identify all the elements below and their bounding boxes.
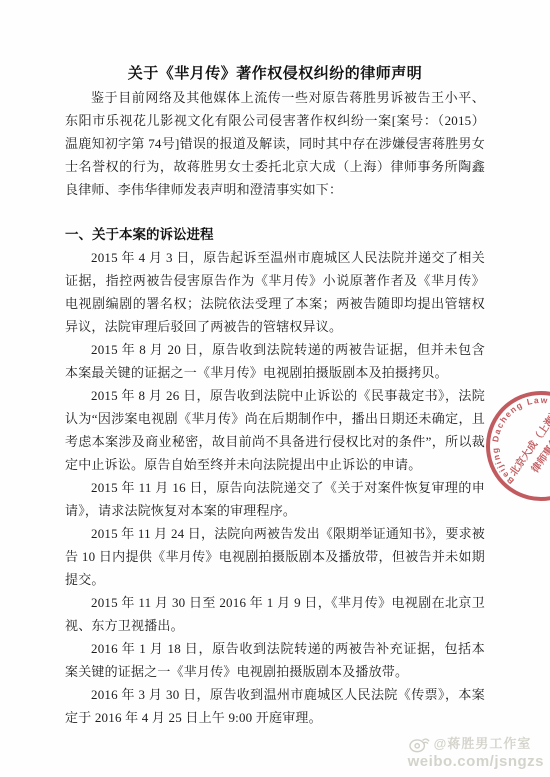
seal-ring-text: Beijing Dacheng Law Offices	[479, 384, 550, 500]
law-firm-seal: Beijing Dacheng Law Offices 北京大成（上海） 律师事…	[479, 384, 550, 524]
document-page: 关于《芈月传》著作权侵权纠纷的律师声明 鉴于目前网络及其他媒体上流传一些对原告蒋…	[0, 0, 550, 777]
weibo-logo-icon	[408, 735, 430, 753]
seal-ring	[479, 384, 550, 520]
paragraph: 2015 年 8 月 26 日，原告收到法院中止诉讼的《民事裁定书》，法院认为“…	[65, 384, 485, 476]
paragraph: 2015 年 8 月 20 日，原告收到法院转递的两被告证据，但并未包含本案最关…	[65, 338, 485, 384]
weibo-handle: @蒋胜男工作室	[434, 735, 532, 753]
paragraph: 2015 年 11 月 16 日，原告向法院递交了《关于对案件恢复审理的申请》，…	[65, 476, 485, 522]
weibo-url: weibo.com/jsngzs	[408, 753, 544, 771]
paragraph: 2015 年 11 月 24 日，法院向两被告发出《限期举证通知书》，要求被告 …	[65, 522, 485, 591]
document-body: 关于《芈月传》著作权侵权纠纷的律师声明 鉴于目前网络及其他媒体上流传一些对原告蒋…	[65, 0, 485, 729]
paragraph: 2016 年 1 月 18 日，原告收到法院转递的两被告补充证据，包括本案关键的…	[65, 637, 485, 683]
seal-inner-text-top: 北京大成（上海）	[507, 405, 550, 478]
paragraph: 2015 年 11 月 30 日至 2016 年 1 月 9 日，《芈月传》电视…	[65, 591, 485, 637]
document-title: 关于《芈月传》著作权侵权纠纷的律师声明	[65, 62, 485, 86]
svg-text:Beijing Dacheng Law Offices: Beijing Dacheng Law Offices	[479, 384, 550, 500]
intro-paragraph: 鉴于目前网络及其他媒体上流传一些对原告蒋胜男诉被告王小平、东阳市乐视花儿影视文化…	[65, 86, 485, 201]
seal-inner-text-bottom: 律师事务所	[528, 427, 550, 476]
paragraph: 2015 年 4 月 3 日，原告起诉至温州市鹿城区人民法院并递交了相关证据，指…	[65, 246, 485, 338]
section-heading: 一、关于本案的诉讼进程	[65, 223, 485, 246]
paragraph: 2016 年 3 月 30 日，原告收到温州市鹿城区人民法院《传票》，本案定于 …	[65, 683, 485, 729]
weibo-watermark: @蒋胜男工作室 weibo.com/jsngzs	[408, 735, 544, 771]
